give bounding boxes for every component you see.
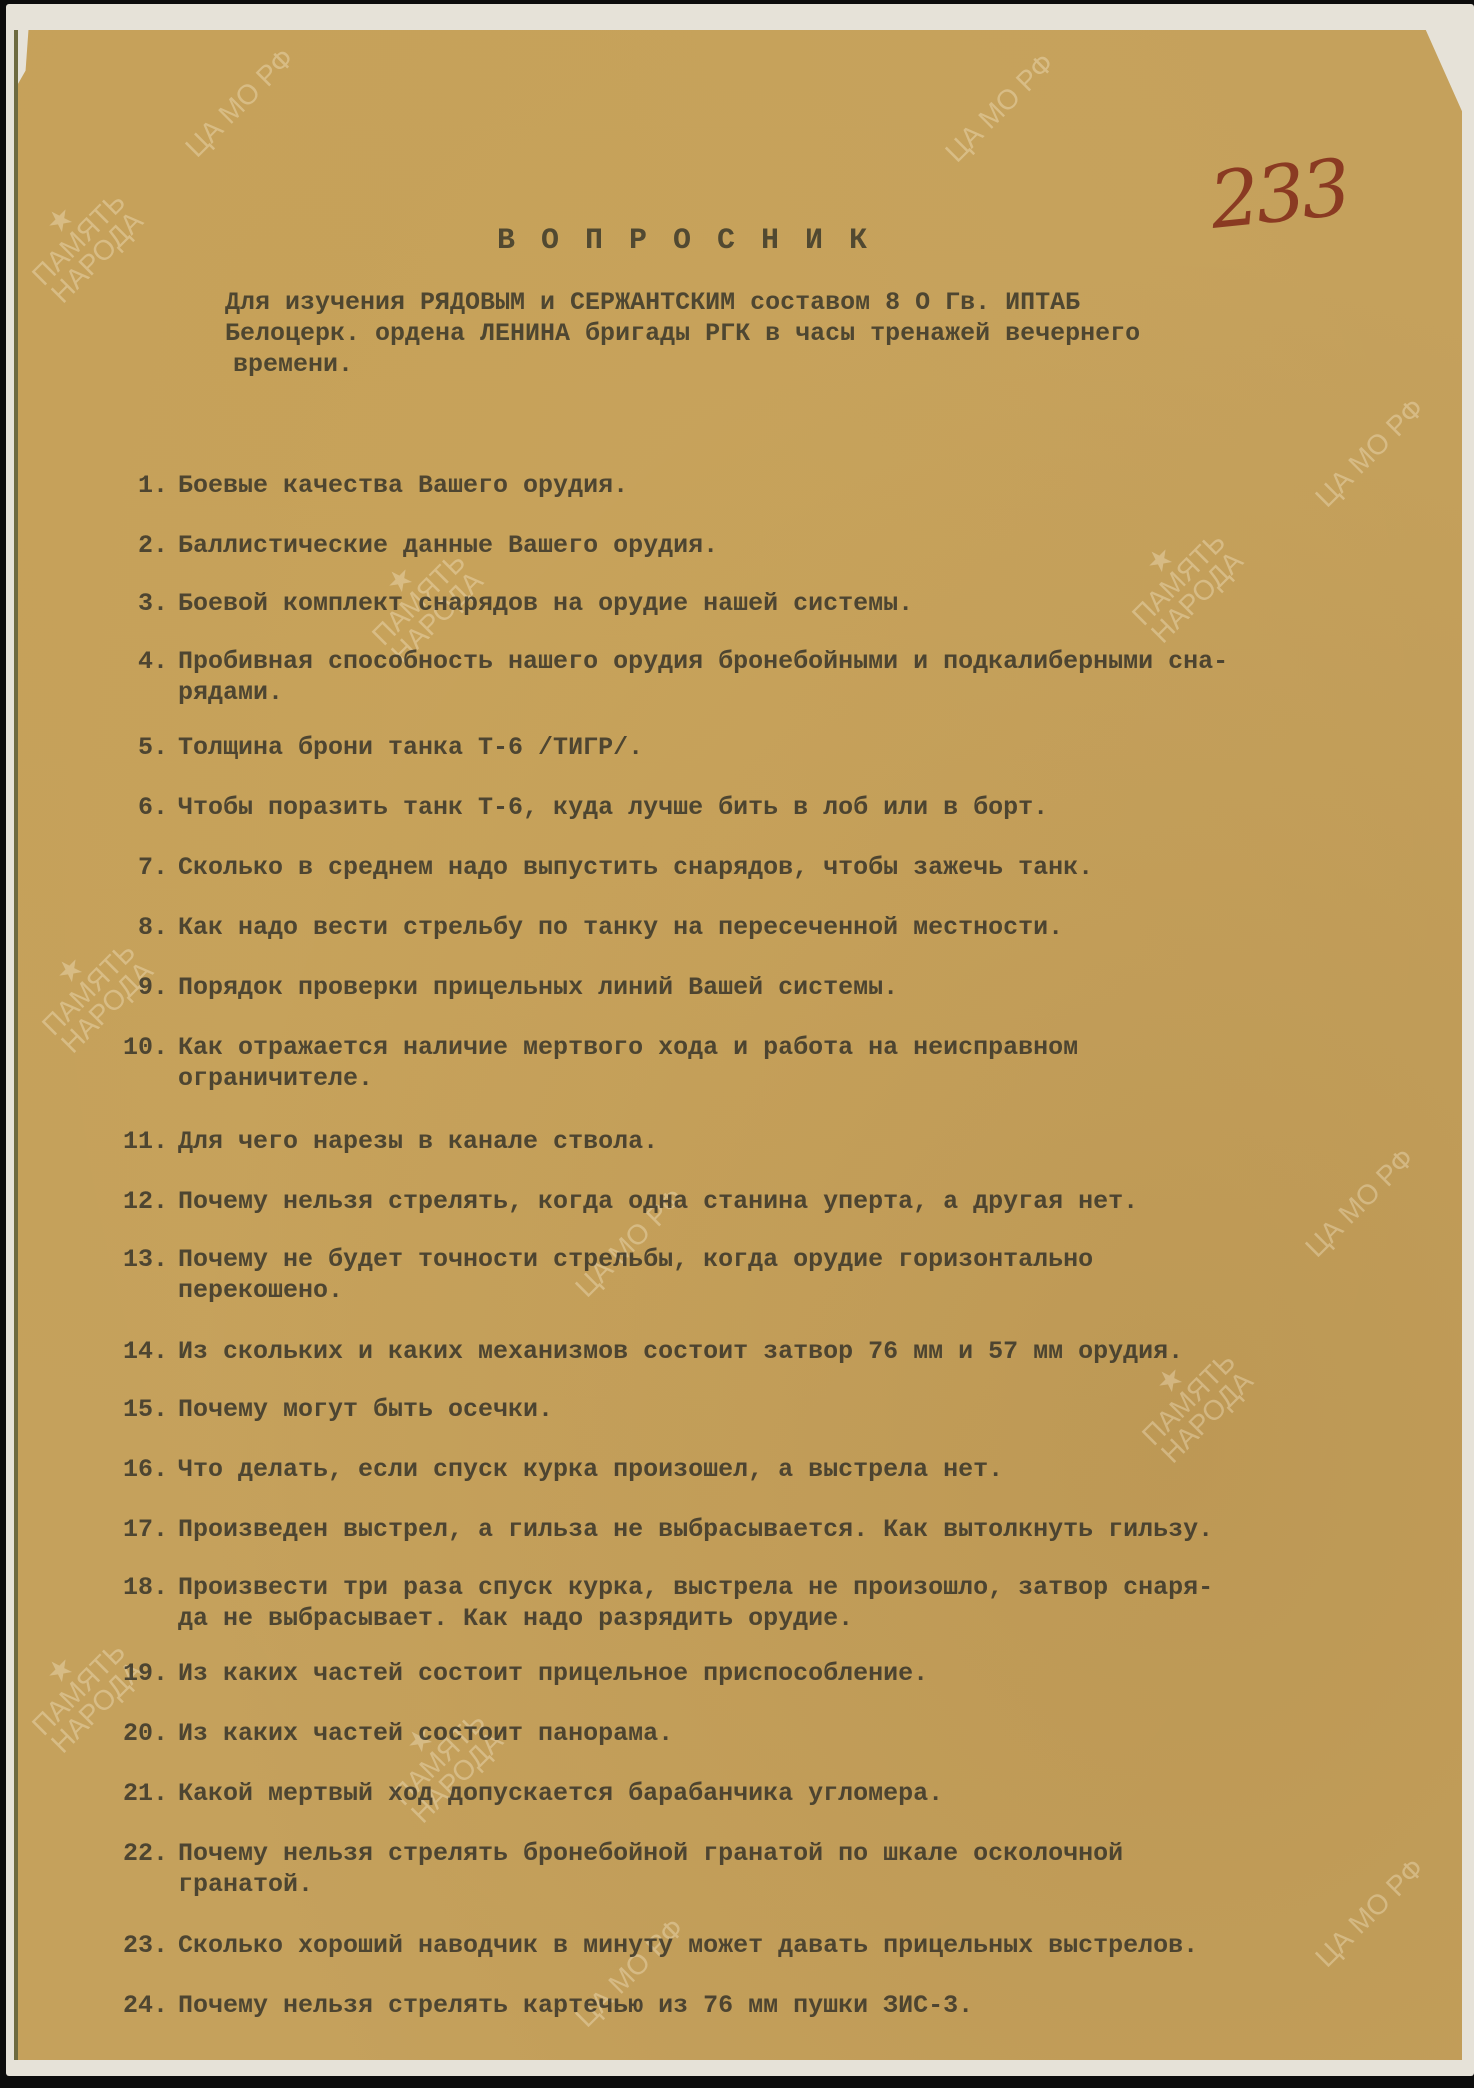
- question-text: Сколько в среднем надо выпустить снарядо…: [178, 852, 1408, 883]
- question-text: Какой мертвый ход допускается барабанчик…: [178, 1778, 1408, 1809]
- question-item: 12.Почему нельзя стрелять, когда одна ст…: [96, 1186, 1416, 1217]
- question-item: 8.Как надо вести стрельбу по танку на пе…: [96, 912, 1416, 943]
- question-text: Боевые качества Вашего орудия.: [178, 470, 1408, 501]
- question-item: 20.Из каких частей состоит панорама.: [96, 1718, 1416, 1749]
- question-number: 14.: [96, 1336, 168, 1367]
- question-number: 12.: [96, 1186, 168, 1217]
- question-item: 19.Из каких частей состоит прицельное пр…: [96, 1658, 1416, 1689]
- document-title: ВОПРОСНИК: [497, 224, 893, 258]
- question-item: 5.Толщина брони танка Т-6 /ТИГР/.: [96, 732, 1416, 763]
- question-text: Сколько хороший наводчик в минуту может …: [178, 1930, 1408, 1961]
- question-text: Почему нельзя стрелять, когда одна стани…: [178, 1186, 1408, 1217]
- question-item: 4.Пробивная способность нашего орудия бр…: [96, 646, 1416, 708]
- question-number: 15.: [96, 1394, 168, 1425]
- question-number: 1.: [96, 470, 168, 501]
- question-item: 7.Сколько в среднем надо выпустить снаря…: [96, 852, 1416, 883]
- question-number: 4.: [96, 646, 168, 677]
- question-text: Произведен выстрел, а гильза не выбрасыв…: [178, 1514, 1408, 1545]
- question-item: 13.Почему не будет точности стрельбы, ко…: [96, 1244, 1416, 1306]
- question-text: Боевой комплект снарядов на орудие нашей…: [178, 588, 1408, 619]
- folio-number: 233: [1206, 143, 1352, 247]
- question-text: Порядок проверки прицельных линий Вашей …: [178, 972, 1408, 1003]
- question-text: Из скольких и каких механизмов состоит з…: [178, 1336, 1408, 1367]
- question-number: 7.: [96, 852, 168, 883]
- page-left-edge: [14, 30, 18, 2060]
- question-number: 19.: [96, 1658, 168, 1689]
- question-item: 16.Что делать, если спуск курка произоше…: [96, 1454, 1416, 1485]
- question-text: Как отражается наличие мертвого хода и р…: [178, 1032, 1408, 1094]
- question-number: 17.: [96, 1514, 168, 1545]
- question-item: 22.Почему нельзя стрелять бронебойной гр…: [96, 1838, 1416, 1900]
- question-number: 6.: [96, 792, 168, 823]
- question-item: 1.Боевые качества Вашего орудия.: [96, 470, 1416, 501]
- question-text: Для чего нарезы в канале ствола.: [178, 1126, 1408, 1157]
- question-number: 5.: [96, 732, 168, 763]
- question-text: Из каких частей состоит прицельное присп…: [178, 1658, 1408, 1689]
- question-item: 21.Какой мертвый ход допускается барабан…: [96, 1778, 1416, 1809]
- question-number: 22.: [96, 1838, 168, 1869]
- subtitle-line: Для изучения РЯДОВЫМ и СЕРЖАНТСКИМ соста…: [225, 287, 1355, 318]
- question-number: 9.: [96, 972, 168, 1003]
- question-item: 6.Чтобы поразить танк Т-6, куда лучше би…: [96, 792, 1416, 823]
- question-text: Почему не будет точности стрельбы, когда…: [178, 1244, 1408, 1306]
- question-number: 8.: [96, 912, 168, 943]
- question-text: Что делать, если спуск курка произошел, …: [178, 1454, 1408, 1485]
- question-number: 24.: [96, 1990, 168, 2021]
- subtitle-line: Белоцерк. ордена ЛЕНИНА бригады РГК в ча…: [225, 318, 1355, 349]
- question-number: 11.: [96, 1126, 168, 1157]
- question-text: Из каких частей состоит панорама.: [178, 1718, 1408, 1749]
- question-number: 3.: [96, 588, 168, 619]
- question-item: 18.Произвести три раза спуск курка, выст…: [96, 1572, 1416, 1634]
- document-subtitle: Для изучения РЯДОВЫМ и СЕРЖАНТСКИМ соста…: [225, 287, 1355, 380]
- subtitle-line: времени.: [225, 349, 1355, 380]
- question-number: 21.: [96, 1778, 168, 1809]
- question-number: 20.: [96, 1718, 168, 1749]
- question-item: 11.Для чего нарезы в канале ствола.: [96, 1126, 1416, 1157]
- question-number: 16.: [96, 1454, 168, 1485]
- question-number: 10.: [96, 1032, 168, 1063]
- question-text: Почему нельзя стрелять картечью из 76 мм…: [178, 1990, 1408, 2021]
- question-item: 2.Баллистические данные Вашего орудия.: [96, 530, 1416, 561]
- question-number: 23.: [96, 1930, 168, 1961]
- question-text: Почему нельзя стрелять бронебойной грана…: [178, 1838, 1408, 1900]
- question-number: 18.: [96, 1572, 168, 1603]
- question-item: 10.Как отражается наличие мертвого хода …: [96, 1032, 1416, 1094]
- question-text: Толщина брони танка Т-6 /ТИГР/.: [178, 732, 1408, 763]
- question-number: 13.: [96, 1244, 168, 1275]
- question-text: Чтобы поразить танк Т-6, куда лучше бить…: [178, 792, 1408, 823]
- question-text: Баллистические данные Вашего орудия.: [178, 530, 1408, 561]
- question-text: Произвести три раза спуск курка, выстрел…: [178, 1572, 1408, 1634]
- question-item: 15.Почему могут быть осечки.: [96, 1394, 1416, 1425]
- question-text: Как надо вести стрельбу по танку на пере…: [178, 912, 1408, 943]
- question-item: 24.Почему нельзя стрелять картечью из 76…: [96, 1990, 1416, 2021]
- question-item: 23.Сколько хороший наводчик в минуту мож…: [96, 1930, 1416, 1961]
- question-item: 3.Боевой комплект снарядов на орудие наш…: [96, 588, 1416, 619]
- question-text: Пробивная способность нашего орудия брон…: [178, 646, 1408, 708]
- question-item: 14.Из скольких и каких механизмов состои…: [96, 1336, 1416, 1367]
- question-text: Почему могут быть осечки.: [178, 1394, 1408, 1425]
- question-number: 2.: [96, 530, 168, 561]
- question-item: 17.Произведен выстрел, а гильза не выбра…: [96, 1514, 1416, 1545]
- question-item: 9.Порядок проверки прицельных линий Ваше…: [96, 972, 1416, 1003]
